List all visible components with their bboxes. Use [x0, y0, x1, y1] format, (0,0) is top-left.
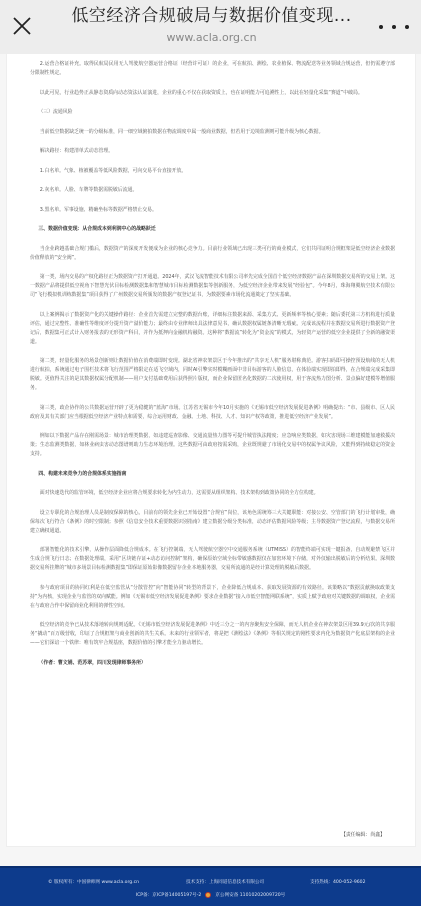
- footer-hotline: 支持热线：400-052-9602: [310, 879, 366, 885]
- author-line: （作者：曹文娟、范苏翠，四川发现律师事务所）: [30, 659, 395, 668]
- footer-public-security[interactable]: 京公网安备 11010202009720号: [215, 892, 285, 898]
- article-paragraph: 以此可见，行业趋势正从静态资质向动态资法认证演进，企业的重心不仅在获取资质上，也…: [30, 89, 395, 98]
- browser-top-bar: 低空经济合规破局与数据价值变现... www.acla.org.cn: [0, 0, 421, 54]
- section-heading: 四、构建未来竞争力的合规体系实施指南: [30, 470, 395, 479]
- article-paragraph: 设立专职化的合规治理人员是制度保障的核心。目前有的领先企业已开始设置“合规官”岗…: [30, 509, 395, 536]
- footer-copyright: © 版权所有：中国律师网 www.acla.org.cn: [48, 879, 139, 885]
- more-dots-icon: [392, 25, 396, 29]
- article-paragraph: 3.黑名单。军事设施、精确坐标等数据严格禁止交易。: [30, 206, 395, 215]
- article-paragraph: 第三类，政企协作的公共数据运营开辟了更为稳健的“蓝海”市场。江苏省无锡市今年10…: [30, 404, 395, 422]
- article-paragraph: 解决路径：构建清单式动态管理。: [30, 147, 395, 156]
- page-content[interactable]: 2.运营合格证补充。取得民航局民用无人驾驶航空器运营合格证（经营许可证）的企业，…: [0, 54, 421, 906]
- article-paragraph: 例如以下数据产品存在刚需场景：城市治理类数据，如违建巡查影像、交通流量热力图等可…: [30, 432, 395, 459]
- article-paragraph: 面对快速迭代的监管环境，低空经济企业应将合规要求转化为内生动力，这需要从组织架构…: [30, 489, 395, 498]
- section-heading: 三、数据价值变现：从合规成本到利润中心的战略跃迁: [30, 225, 395, 234]
- article-body: 2.运营合格证补充。取得民航局民用无人驾驶航空器运营合格证（经营许可证）的企业，…: [6, 54, 416, 847]
- page-title-block: 低空经济合规破局与数据价值变现... www.acla.org.cn: [52, 4, 371, 46]
- page-url: www.acla.org.cn: [52, 30, 371, 46]
- footer-tech-support: 技术支持：上海同道信息技术有限公司: [186, 879, 264, 885]
- subsection-heading: （三）流通风险: [30, 108, 395, 117]
- close-icon: [10, 14, 34, 38]
- article-paragraph: 当企业跨越基础合规门槛后，数据资产的深度开发便成为企业的核心竞争力。目前行业领域…: [30, 245, 395, 263]
- article-paragraph: 第二类，轻量化服务的场景创新则让数据价值在消费端即时变现。湖北省神农架景区于今年…: [30, 357, 395, 393]
- close-button[interactable]: [10, 14, 34, 38]
- more-dots-icon: [405, 25, 409, 29]
- responsible-editor: 【责任编辑：尚鑫】: [341, 831, 385, 840]
- article-paragraph: 1.白名单。气象、植被覆盖等低风险数据，可向交易平台直接开放。: [30, 167, 395, 176]
- article-paragraph: 部署智能化的技术引擎，从操作层面降低合规成本。在飞行控制端，无人驾驶航空器空中交…: [30, 546, 395, 573]
- police-emblem-icon: [205, 892, 211, 898]
- article-paragraph: 2.运营合格证补充。取得民航局民用无人驾驶航空器运营合格证（经营许可证）的企业，…: [30, 60, 395, 78]
- more-button[interactable]: [379, 18, 409, 36]
- article-paragraph: 低空经济的竞争已从技术落地转向规则适配。《无锡市低空经济发展促进条例》中近三分之…: [30, 621, 395, 648]
- article-paragraph: 以上案例揭示了数据资产化的关键操作路径：企业首先需建立完整的数据台账，详细标注数…: [30, 311, 395, 347]
- article-paragraph: 当前低空数据缺乏统一的分级标准，同一细空域俯拍数据在物流调度中属一般商业数据，但…: [30, 128, 395, 137]
- more-dots-icon: [379, 25, 383, 29]
- page-title: 低空经济合规破局与数据价值变现...: [52, 4, 371, 28]
- article-paragraph: 参与政府项目的协同红利是在低空监管从“分散管控”向“智能协同”转型的背景下，企业…: [30, 584, 395, 611]
- article-paragraph: 2.灰名单。人脸、车牌等数据需脱敏后流通。: [30, 186, 395, 195]
- footer-icp[interactable]: ICP备：京ICP备14005197号-2: [136, 892, 202, 898]
- site-footer: © 版权所有：中国律师网 www.acla.org.cn 技术支持：上海同道信息…: [0, 866, 421, 906]
- article-paragraph: 第一类，场内交易的产权化路径正为数据资产打开通道。2024年，武汉飞流智能技术有…: [30, 273, 395, 300]
